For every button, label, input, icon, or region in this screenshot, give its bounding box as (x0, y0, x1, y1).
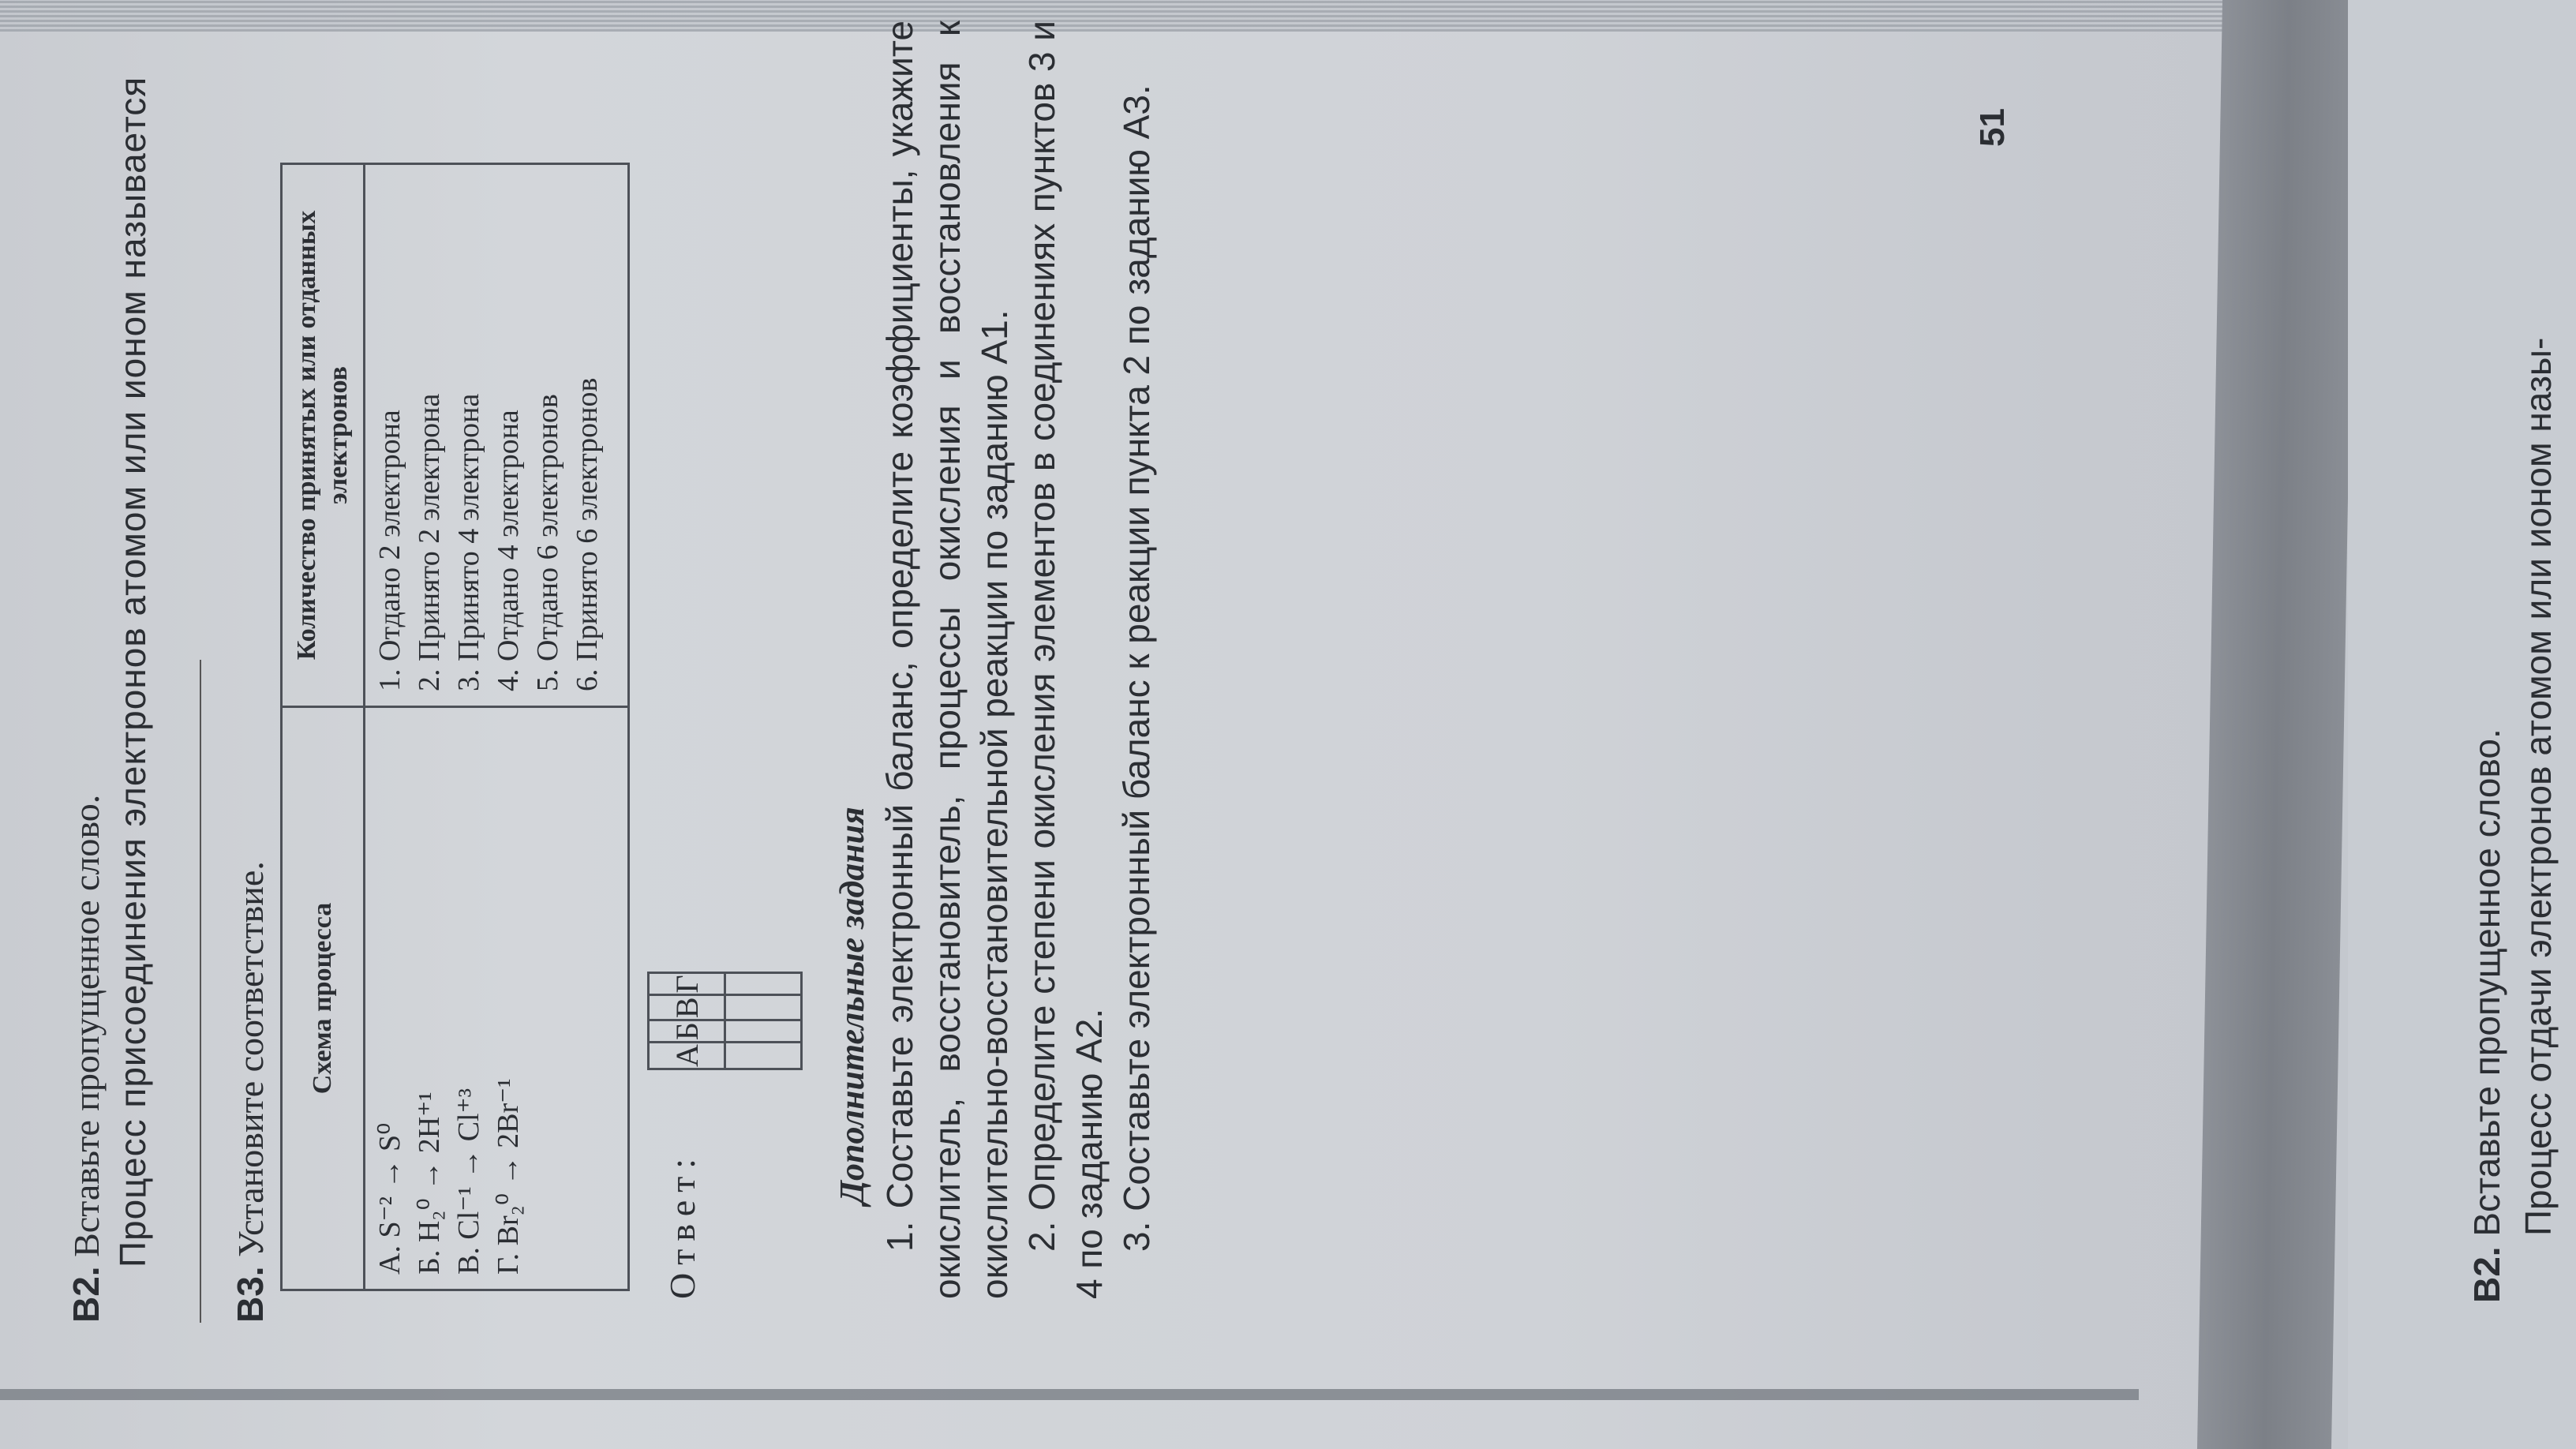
additional-tasks-title: Дополнительные задания (829, 21, 876, 1204)
answer-col-header: А (649, 1043, 725, 1069)
option-item: 4. Отдано 4 электрона (489, 179, 528, 691)
scheme-item: А. S⁻² → S⁰ (370, 722, 410, 1275)
additional-task-item: 3. Составьте электронный баланс к реакци… (1113, 21, 1160, 1299)
task-b2: В2. Вставьте пропущенное слово. Процесс … (63, 60, 201, 1323)
answer-cell[interactable] (725, 973, 802, 995)
answer-cell[interactable] (725, 1043, 802, 1069)
matching-table: Схема процесса Количество принятых или о… (280, 163, 630, 1291)
answer-col-header: Б (649, 1020, 725, 1043)
scheme-item: Г. Br₂⁰ → 2Br⁻¹ (489, 722, 528, 1275)
scheme-item: В. Cl⁻¹ → Cl⁺³ (449, 722, 489, 1275)
page-number: 51 (1973, 108, 2012, 147)
option-item: 6. Принято 6 электронов (567, 179, 607, 691)
option-item: 1. Отдано 2 электрона (370, 179, 410, 691)
task-b3: В3. Установите соответствие. (229, 861, 271, 1323)
task-b2-label: В2. (66, 1266, 107, 1323)
textbook-page: В2. Вставьте пропущенное слово. Процесс … (0, 0, 2170, 1449)
answer-col-header: В (649, 995, 725, 1020)
next-b2-text: Процесс отдачи электронов атомом или ион… (2514, 338, 2563, 1236)
rotated-page-content: В2. Вставьте пропущенное слово. Процесс … (0, 0, 2576, 1449)
answer-col-header: Г (649, 973, 725, 995)
additional-task-item: 2. Определите степени окисления элементо… (1018, 21, 1113, 1299)
task-b2-text: Процесс присоединения электронов атомом … (112, 77, 153, 1267)
additional-tasks: Дополнительные задания 1. Составьте элек… (829, 21, 1160, 1299)
additional-task-item: 1. Составьте электронный баланс, определ… (876, 21, 1018, 1299)
option-list: 1. Отдано 2 электрона 2. Принято 2 элект… (365, 164, 629, 707)
option-item: 5. Отдано 6 электронов (528, 179, 567, 691)
table-header-electrons: Количество принятых или отданных электро… (282, 164, 365, 707)
scheme-list: А. S⁻² → S⁰ Б. H₂⁰ → 2H⁺¹ В. Cl⁻¹ → Cl⁺³… (365, 707, 629, 1290)
answer-cell[interactable] (725, 995, 802, 1020)
task-b3-label: В3. (230, 1266, 271, 1323)
task-b2-instruction: Вставьте пропущенное слово. (66, 795, 107, 1257)
option-item: 3. Принято 4 электрона (449, 179, 489, 691)
answer-grid: А Б В Г (647, 972, 803, 1070)
answer-label: Ответ: (661, 1151, 703, 1299)
task-b2-answer-blank[interactable] (168, 660, 201, 1323)
scheme-item: Б. H₂⁰ → 2H⁺¹ (410, 722, 449, 1275)
task-b3-instruction: Установите соответствие. (230, 861, 271, 1257)
answer-cell[interactable] (725, 1020, 802, 1043)
table-header-scheme: Схема процесса (282, 707, 365, 1290)
option-item: 2. Принято 2 электрона (410, 179, 449, 691)
next-b2-label: В2. Вставьте пропущенное слово. (2462, 728, 2511, 1303)
